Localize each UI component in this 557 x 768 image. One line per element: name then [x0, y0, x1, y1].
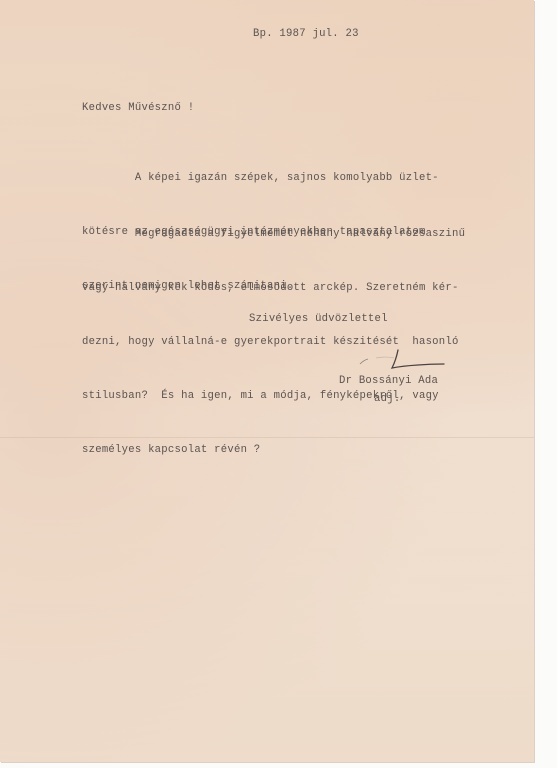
letter-salutation: Kedves Művésznő !	[82, 99, 194, 117]
signatory-name: Dr Bossányi Ada	[339, 372, 438, 390]
paragraph-2-line: személyes kapcsolat révén ?	[82, 441, 465, 459]
letter-paper: Bp. 1987 jul. 23 Kedves Művésznő ! A kép…	[0, 0, 534, 762]
paragraph-2-line: Megragadta a figyelmemet néhány halvány …	[82, 225, 465, 243]
letter-paragraph-2: Megragadta a figyelmemet néhány halvány …	[82, 189, 465, 495]
paragraph-2-line: vagy halvány kék ködös, elmosódott arcké…	[82, 279, 465, 297]
signatory-title: adj.	[374, 390, 400, 408]
paragraph-1-line: A képei igazán szépek, sajnos komolyabb …	[82, 169, 439, 187]
letter-closing: Szivélyes üdvözlettel	[249, 310, 388, 328]
letter-date: Bp. 1987 jul. 23	[253, 25, 359, 43]
